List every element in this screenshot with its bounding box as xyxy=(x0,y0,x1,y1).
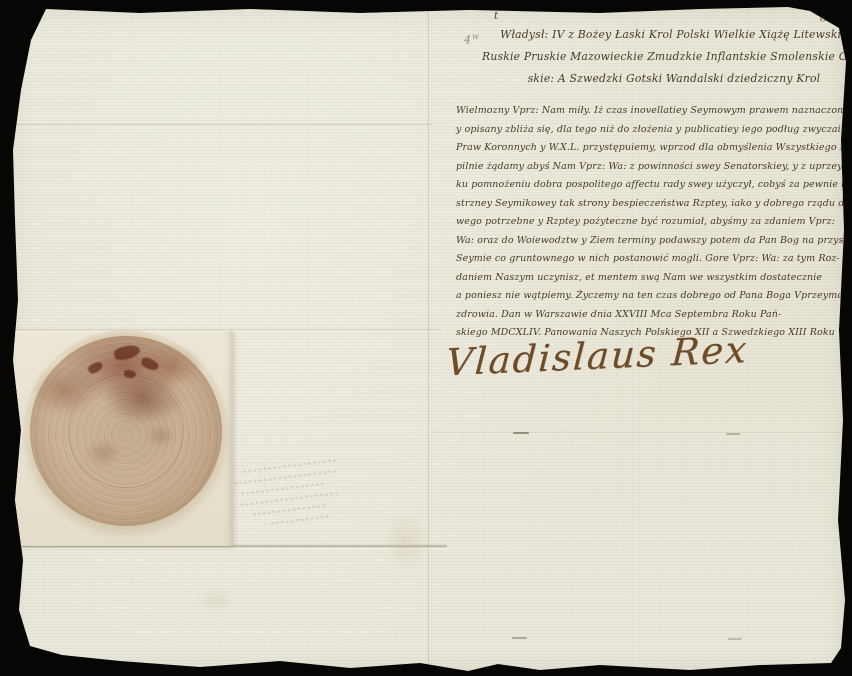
paper-stain xyxy=(383,512,429,570)
body-line: pilnie żądamy abyś Nam Vprz: Wa: z powin… xyxy=(456,158,848,177)
manuscript-paper: 87 4w t Władysł: IV z Bożey Łaski Krol P… xyxy=(0,0,852,676)
letter-heading: Władysł: IV z Bożey Łaski Krol Polski Wi… xyxy=(456,24,852,90)
bleed-line xyxy=(243,459,336,472)
manuscript-scan: 87 4w t Władysł: IV z Bożey Łaski Krol P… xyxy=(0,0,852,676)
seal-wax-stain xyxy=(84,439,122,468)
interline-correction: t xyxy=(494,11,498,22)
paper-stain xyxy=(196,588,236,612)
heading-line: Ruskie Pruskie Mazowieckie Zmudzkie Infl… xyxy=(482,46,852,68)
fold-mark xyxy=(513,432,529,434)
body-line: Praw Koronnych y W.X.L. przystępuiemy, w… xyxy=(456,139,848,158)
body-line: Seymie co gruntownego w nich postanowić … xyxy=(456,250,848,269)
body-line: Wa: oraz do Woiewodztw y Ziem terminy po… xyxy=(456,232,848,251)
letter-body: Wielmozny Vprz: Nam miły. Iż czas inovel… xyxy=(456,102,848,343)
body-line: ku pomnożeniu dobra pospolitego affectu … xyxy=(456,176,848,195)
wax-seal xyxy=(30,336,222,526)
body-line: strzney Seymikowey tak strony bespieczeń… xyxy=(456,195,848,214)
body-line: daniem Naszym uczynisz, et mentem swą Na… xyxy=(456,269,848,288)
bleed-line xyxy=(271,515,329,524)
bleedthrough-ink-offset xyxy=(232,450,348,554)
bleed-line xyxy=(242,483,324,495)
body-line: wego potrzebne y Rzptey pożyteczne być r… xyxy=(456,213,848,232)
body-line: zdrowia. Dan w Warszawie dnia XXVIII Mca… xyxy=(456,306,848,325)
heading-line: Władysł: IV z Bożey Łaski Krol Polski Wi… xyxy=(482,24,852,46)
body-line: y opisany zbliża się, dla tego niż do zł… xyxy=(456,121,848,140)
body-line: a poniesz nie wątpiemy. Życzemy na ten c… xyxy=(456,287,848,306)
fold-mark xyxy=(728,638,742,640)
fold-mark xyxy=(512,637,527,639)
fold-mark xyxy=(726,433,740,435)
bleed-line xyxy=(253,505,327,516)
seal-wax-stain xyxy=(145,423,176,448)
body-line: Wielmozny Vprz: Nam miły. Iż czas inovel… xyxy=(456,102,848,121)
heading-line: skie: A Szwedzki Gotski Wandalski dziedz… xyxy=(482,68,852,90)
